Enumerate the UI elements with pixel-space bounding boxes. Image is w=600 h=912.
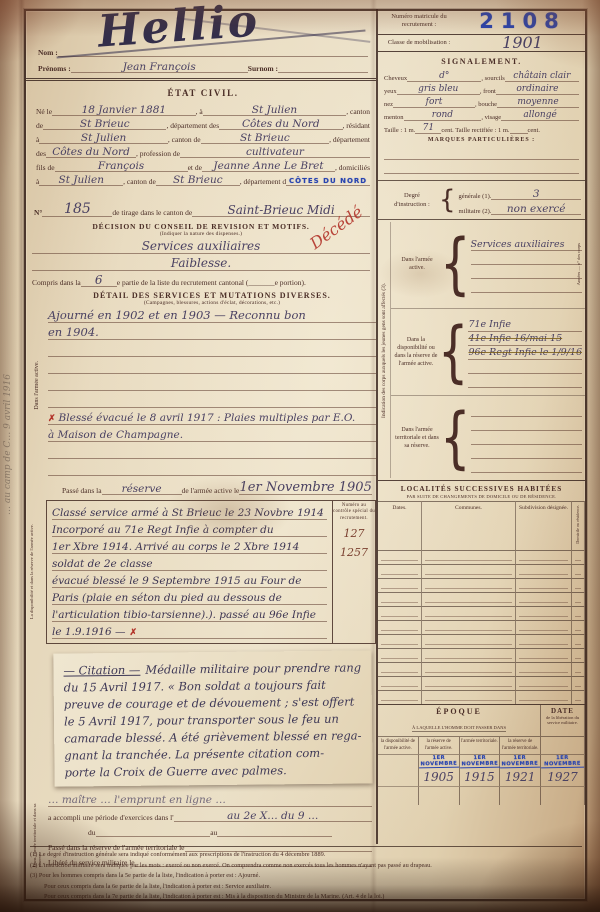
printed-label: , département des — [166, 121, 219, 130]
epoque-subtitle: À LAQUELLE L'HOMME DOIT PASSER DANS — [412, 725, 506, 732]
table-cell — [572, 634, 585, 648]
handwritten-value: Services auxiliaires — [471, 240, 565, 250]
service-entry: Incorporé au 71e Regt Infie à compter du — [52, 520, 327, 537]
table-cell — [460, 786, 501, 805]
ruled-line — [468, 360, 582, 374]
left-column: Hellio Nom : Prénoms : Jean François Sur… — [26, 9, 376, 867]
epoque-title-cell: ÉPOQUE À LAQUELLE L'HOMME DOIT PASSER DA… — [378, 705, 541, 736]
block-lines: Services auxiliaires Années — n° des cor… — [471, 235, 582, 293]
table-cell — [572, 676, 585, 690]
year-cell-empty — [378, 768, 419, 786]
block-label: Dans l'armée territoriale et dans sa rés… — [394, 426, 440, 450]
ruled-line — [471, 403, 582, 417]
footnote: Pour ceux compris dans la 7e partie de l… — [30, 892, 582, 903]
classe-label: Classe de mobilisation : — [378, 35, 460, 51]
numero-tirage-value: 185 — [42, 202, 112, 217]
year-value: 1921 — [500, 768, 541, 786]
signalement-title: SIGNALEMENT. — [384, 57, 579, 66]
ruled-line — [48, 357, 376, 374]
citation-slip: — Citation — Médaille militaire pour pre… — [53, 650, 372, 786]
margin-label-text: Dans l'armée active. — [34, 361, 40, 410]
block-lines — [471, 403, 582, 473]
blank-field — [96, 836, 211, 837]
scanned-military-record: … au camp de C… 9 avril 1916 Hellio Nom … — [0, 0, 600, 912]
table-cell — [378, 550, 422, 564]
armee-active-block: Dans l'armée active. { Services auxiliai… — [391, 220, 585, 308]
margin-label-text: La disponibilité et dans la réserve de l… — [29, 524, 34, 619]
etat-line-2: de St Brieuc , département des Côtes du … — [36, 116, 370, 130]
table-cell — [516, 550, 572, 564]
prenoms-label: Prénoms : — [38, 64, 71, 73]
detail-title: DÉTAIL DES SERVICES ET MUTATIONS DIVERSE… — [48, 291, 376, 300]
printed-label: cent. Taille rectifiée : 1 m. — [441, 127, 509, 134]
printed-label: de l'armée active le — [182, 486, 240, 495]
marques-title: MARQUES PARTICULIÈRES : — [384, 137, 579, 143]
printed-label: nez — [384, 101, 393, 108]
table-cell — [572, 662, 585, 676]
citation-text: camarade blessé. A été grièvement blessé… — [64, 730, 361, 745]
corps-side-note: Années — n° des corps — [574, 237, 583, 291]
service-entry: ✗ Blessé évacué le 8 avril 1917 : Plaies… — [48, 408, 376, 425]
classe-box: Classe de mobilisation : 1901 — [378, 35, 585, 52]
handwritten-value: rond — [404, 111, 482, 121]
handwritten-value: Paris (plaie en séton du pied au dessous… — [52, 593, 282, 604]
epoque-col-header: la réserve de l'armée active. — [419, 736, 460, 754]
footnote: (1) Le degré d'instruction générale sera… — [30, 850, 582, 861]
localites-table: Dates. Communes. Subdivision désignée. D… — [378, 501, 585, 704]
printed-label: e partie de la liste du recrutement cant… — [117, 278, 306, 287]
corps-affectation-section: Indication des corps auxquels les jeunes… — [378, 219, 585, 480]
printed-label: , département — [329, 135, 370, 144]
ruled-line — [471, 279, 582, 293]
date-liberation-header: DATE de la libération du service militai… — [541, 705, 585, 736]
year-text: 1905 — [423, 770, 454, 784]
printed-label: fils de — [36, 163, 55, 172]
localites-title: LOCALITÉS SUCCESSIVES HABITÉES — [378, 485, 585, 493]
year-value: 1905 — [419, 768, 460, 786]
etat-civil-title: ÉTAT CIVIL. — [36, 88, 370, 98]
column-header-dates: Dates. — [378, 501, 422, 550]
date-stamp: 1er Novembre — [500, 754, 541, 768]
du-au-row: du au — [48, 822, 372, 837]
table-cell — [378, 662, 422, 676]
handwritten-value: Faiblesse. — [171, 257, 231, 269]
handwritten-value: cultivateur — [180, 147, 370, 159]
stamp-text: 1er Novembre — [459, 755, 499, 769]
printed-label: de — [36, 121, 43, 130]
service-entry: Classé service armé à St Brieuc le 23 No… — [52, 503, 327, 520]
etat-line-4: des Côtes du Nord , profession de cultiv… — [36, 144, 370, 158]
degre-generale-row: générale (1). 3 — [459, 185, 581, 200]
table-cell — [500, 786, 541, 805]
ruled-line — [384, 160, 579, 174]
year-text: 1921 — [505, 770, 536, 784]
ruled-line — [471, 265, 582, 279]
stamp-cell-empty — [378, 754, 419, 768]
service-entry: évacué blessé le 9 Septembre 1915 au Fou… — [52, 571, 327, 588]
handwritten-value: gris bleu — [397, 85, 480, 95]
handwritten-value: 96e Regt Infie le 1/9/16 — [468, 348, 582, 358]
table-cell — [422, 606, 516, 620]
block-lines: 71e Infie 41e Infie 16/mai 15 96e Regt I… — [468, 317, 582, 388]
handwritten-value: à Maison de Champagne. — [48, 430, 183, 441]
serv2-margin-label: La disponibilité et dans la réserve de l… — [29, 505, 43, 639]
classe-value: 1901 — [502, 35, 543, 51]
printed-label: de tirage dans le canton de — [112, 208, 192, 217]
handwritten-value: réserve — [102, 484, 182, 496]
signalement-row: Cheveux d° , sourcils châtain clair — [384, 69, 579, 82]
table-cell — [378, 648, 422, 662]
citation-line: — Citation — Médaille militaire pour pre… — [63, 656, 363, 676]
table-cell — [419, 786, 460, 805]
localites-section: LOCALITÉS SUCCESSIVES HABITÉES PAR SUITE… — [378, 480, 585, 704]
footnote: Pour ceux compris dans la 6e partie de l… — [30, 882, 582, 893]
table-cell — [516, 662, 572, 676]
handwritten-value: Blessé évacué le 8 avril 1917 : Plaies m… — [59, 413, 356, 424]
detail-services-section: Dans l'armée active. DÉTAIL DES SERVICES… — [26, 291, 376, 476]
epoque-col-header-empty — [541, 736, 585, 754]
decision-conseil-section: DÉCISION DU CONSEIL DE REVISION ET MOTIF… — [26, 222, 376, 287]
printed-label: , canton de — [123, 177, 156, 186]
table-cell — [422, 620, 516, 634]
service-entry: … maître … l'emprunt en ligne … — [48, 791, 372, 807]
printed-label: au — [210, 828, 217, 837]
ruled-line — [48, 442, 376, 459]
handwritten-value: non exercé — [491, 204, 581, 216]
disponibilite-block: Dans la disponibilité ou dans la réserve… — [391, 308, 585, 395]
date-subtitle: de la libération du service militaire. — [542, 715, 583, 725]
curly-brace: { — [439, 185, 456, 215]
table-cell — [572, 648, 585, 662]
year-value: 1927 — [541, 768, 585, 786]
table-cell — [572, 606, 585, 620]
service-entry: 96e Regt Infie le 1/9/16 — [468, 346, 582, 360]
handwritten-value: St Julien — [39, 133, 168, 145]
handwritten-value: le 1.9.1916 — — [52, 627, 126, 638]
handwritten-value: 1er Xbre 1914. Arrivé au corps le 2 Xbre… — [52, 542, 299, 553]
table-cell — [516, 690, 572, 704]
degre-label: Degré d'instruction : — [388, 191, 436, 209]
handwritten-value: châtain clair — [505, 72, 579, 82]
name-signature: Hellio — [97, 0, 261, 55]
periode-row: a accompli une période d'exercices dans … — [48, 807, 372, 822]
nom-label: Nom : — [38, 48, 58, 57]
printed-label: yeux — [384, 88, 397, 95]
stamp-text: 1er Novembre — [541, 755, 584, 769]
controle-header: Numéro au contrôle spécial du recrutemen… — [333, 503, 375, 522]
blank-field — [217, 836, 332, 837]
corps-margin-label: Indication des corps auxquels les jeunes… — [378, 222, 391, 478]
etat-line-6: à St Julien , canton de St Brieuc , dépa… — [36, 172, 370, 186]
decision-line-2: Faiblesse. — [32, 254, 370, 271]
table-cell — [422, 578, 516, 592]
surnom-field-line — [278, 72, 368, 73]
citation-text: le 5 Avril 1917, pour transporter sous l… — [64, 713, 339, 727]
printed-label: Passé dans la — [62, 486, 102, 495]
printed-label: a accompli une période d'exercices dans … — [48, 813, 174, 822]
footnote: (3) Pour les hommes compris dans la 5e p… — [30, 871, 582, 882]
block-label: Dans l'armée active. — [394, 256, 440, 272]
table-cell — [572, 550, 585, 564]
signalement-section: SIGNALEMENT. Cheveux d° , sourcils châta… — [378, 52, 585, 174]
margin-pencil-note: … au camp de C… 9 avril 1916 — [3, 280, 13, 610]
serv2-entries: Classé service armé à St Brieuc le 23 No… — [47, 501, 332, 643]
handwritten-value: 71e Infie — [468, 320, 511, 330]
service-entry: 1er Xbre 1914. Arrivé au corps le 2 Xbre… — [52, 537, 327, 554]
handwritten-value: fort — [393, 98, 475, 108]
printed-label: menton — [384, 114, 404, 121]
printed-label: , canton de — [168, 135, 201, 144]
table-cell — [572, 620, 585, 634]
table-cell — [572, 564, 585, 578]
handwritten-value: Incorporé au 71e Regt Infie à compter du — [52, 525, 274, 536]
date-stamp: 1er Novembre — [460, 754, 501, 768]
epoque-col-header: la disponibilité de l'armée active. — [378, 736, 419, 754]
table-cell — [516, 578, 572, 592]
table-cell — [541, 786, 585, 805]
handwritten-value: 41e Infie 16/mai 15 — [468, 334, 562, 344]
epoque-title: ÉPOQUE — [380, 707, 538, 716]
date-stamp: 1er Novembre — [541, 754, 585, 768]
printed-label: , visage — [481, 114, 501, 121]
compris-row: Compris dans la 6 e partie de la liste d… — [32, 271, 370, 287]
handwritten-value: 71 — [415, 124, 441, 134]
citation-text: porte la Croix de Guerre avec palmes. — [65, 765, 287, 779]
handwritten-value: Classé service armé à St Brieuc le 23 No… — [52, 508, 324, 519]
ruled-line — [48, 391, 376, 408]
side-note-text: Années — n° des corps — [576, 243, 581, 285]
epoque-col-header: la réserve de l'armée territoriale. — [500, 736, 541, 754]
printed-label: et de — [188, 163, 202, 172]
printed-label: , bouche — [475, 101, 497, 108]
table-cell — [378, 634, 422, 648]
degre-militaire-row: militaire (2). non exercé — [459, 200, 581, 215]
printed-label: , sourcils — [481, 75, 504, 82]
block-label: Dans la disponibilité ou dans la réserve… — [394, 336, 438, 368]
ruled-line — [471, 251, 582, 265]
table-cell — [516, 620, 572, 634]
citation-text: Médaille militaire pour prendre rang — [145, 662, 361, 676]
printed-label: cent. — [528, 127, 540, 134]
printed-label: Cheveux — [384, 75, 407, 82]
etat-civil-section: ÉTAT CIVIL. Né le 18 Janvier 1881 , à St… — [26, 88, 376, 186]
ruled-line — [48, 374, 376, 391]
table-cell — [516, 648, 572, 662]
printed-label: , canton — [346, 107, 370, 116]
service-entry: soldat de 2e classe — [52, 554, 327, 571]
ruled-line — [48, 340, 376, 357]
handwritten-value: évacué blessé le 9 Septembre 1915 au Fou… — [52, 576, 301, 587]
table-cell — [516, 634, 572, 648]
handwritten-value: allongé — [501, 111, 579, 121]
services-1914-block: La disponibilité et dans la réserve de l… — [46, 500, 376, 644]
printed-label: Né le — [36, 107, 52, 116]
printed-label: , résidant — [343, 121, 371, 130]
table-cell — [422, 550, 516, 564]
detail-margin-label: Dans l'armée active. — [30, 299, 44, 472]
signalement-row: menton rond , visage allongé — [384, 108, 579, 121]
surnom-label: Surnom : — [248, 64, 278, 73]
controle-number: 127 — [333, 528, 375, 539]
printed-label: , profession de — [136, 149, 180, 158]
printed-label: générale (1). — [459, 193, 492, 200]
table-cell — [516, 592, 572, 606]
controle-special-column: Numéro au contrôle spécial du recrutemen… — [332, 501, 375, 643]
table-cell — [572, 578, 585, 592]
service-entry: Services auxiliaires — [471, 235, 582, 251]
margin-label-text: Indication des corps auxquels les jeunes… — [381, 283, 387, 418]
pencil-note-text: … au camp de C… 9 avril 1916 — [3, 374, 13, 515]
handwritten-value: 3 — [491, 189, 581, 201]
curly-brace: { — [438, 313, 469, 391]
table-cell — [378, 578, 422, 592]
service-entry: le 1.9.1916 — ✗ — [52, 622, 327, 639]
epoque-section: ÉPOQUE À LAQUELLE L'HOMME DOIT PASSER DA… — [378, 704, 585, 844]
prenoms-row: Prénoms : Jean François Surnom : — [38, 59, 368, 73]
date-title: DATE — [542, 707, 583, 715]
column-header-subdivision: Subdivision désignée. — [516, 501, 572, 550]
stamp-text: 1er Novembre — [419, 755, 459, 769]
table-cell — [422, 676, 516, 690]
printed-label: , domiciliés — [335, 163, 370, 172]
blank-field — [510, 133, 528, 134]
ruled-line — [48, 459, 376, 476]
column-header-side: Domicile ou résidence. — [572, 501, 585, 550]
signalement-row: yeux gris bleu , front ordinaire — [384, 82, 579, 95]
matricule-box: Numéro matricule du recrutement : 2108 — [378, 9, 585, 35]
printed-label: Compris dans la — [32, 278, 81, 287]
table-cell — [378, 564, 422, 578]
year-text: 1915 — [464, 770, 495, 784]
year-value: 1915 — [460, 768, 501, 786]
table-cell — [422, 690, 516, 704]
handwritten-value: au 2e X… du 9 … — [174, 811, 372, 823]
ruled-line — [384, 146, 579, 160]
handwritten-value: moyenne — [497, 98, 579, 108]
handwritten-value: 18 Janvier 1881 — [52, 105, 196, 117]
service-entry: Ajourné en 1902 et en 1903 — Reconnu bon — [48, 306, 376, 323]
footnote: (2) L'instruction militaire sera indiqué… — [30, 861, 582, 872]
etat-line-3: à St Julien , canton de St Brieuc , dépa… — [36, 130, 370, 144]
ruled-line — [471, 445, 582, 459]
table-cell — [572, 592, 585, 606]
handwritten-value: l'articulation tibio-tarsienne).). passé… — [52, 610, 316, 621]
footnotes: (1) Le degré d'instruction générale sera… — [30, 846, 582, 903]
departement-stamp: CÔTES DU NORD — [286, 177, 370, 186]
epoque-col-header: l'armée territoriale. — [460, 736, 501, 754]
handwritten-value: en 1904. — [48, 327, 99, 339]
red-cross-mark: ✗ — [48, 413, 56, 424]
ruled-line — [471, 431, 582, 445]
handwritten-value: Jeanne Anne Le Bret — [202, 161, 335, 173]
epoque-table: ÉPOQUE À LAQUELLE L'HOMME DOIT PASSER DA… — [378, 705, 585, 805]
citation-text: du 15 Avril 1917. « Bon soldat a toujour… — [64, 679, 326, 693]
handwritten-value: Côtes du Nord — [46, 147, 136, 159]
handwritten-value: St Julien — [203, 105, 347, 117]
degre-lines: générale (1). 3 militaire (2). non exerc… — [459, 185, 581, 215]
service-entry: 41e Infie 16/mai 15 — [468, 332, 582, 346]
table-cell — [378, 676, 422, 690]
table-cell — [422, 662, 516, 676]
table-cell — [422, 592, 516, 606]
service-entry: l'articulation tibio-tarsienne).). passé… — [52, 605, 327, 622]
printed-label: des — [36, 149, 46, 158]
handwritten-value: François — [55, 161, 188, 173]
curly-brace: { — [440, 225, 471, 303]
handwritten-value: St Brieuc — [201, 133, 330, 145]
right-column: Numéro matricule du recrutement : 2108 C… — [376, 9, 585, 844]
signalement-row: nez fort , bouche moyenne — [384, 95, 579, 108]
printed-label: , département d — [240, 177, 286, 186]
table-cell — [516, 606, 572, 620]
handwritten-value: ordinaire — [496, 85, 579, 95]
printed-label: , front — [480, 88, 496, 95]
table-cell — [422, 564, 516, 578]
service-entry: à Maison de Champagne. — [48, 425, 376, 442]
printed-label: militaire (2). — [459, 208, 492, 215]
handwritten-value: Ajourné en 1902 et en 1903 — Reconnu bon — [48, 310, 306, 322]
localites-subtitle: PAR SUITE DE CHANGEMENTS DE DOMICILE OU … — [378, 494, 585, 499]
service-entry: Paris (plaie en séton du pied au dessous… — [52, 588, 327, 605]
matricule-label: Numéro matricule du recrutement : — [378, 9, 460, 34]
table-cell — [378, 690, 422, 704]
printed-label: du — [88, 828, 96, 837]
ruled-line — [471, 459, 582, 473]
handwritten-value: St Julien — [39, 175, 123, 187]
printed-label: , à — [196, 107, 203, 116]
handwritten-value: … maître … l'emprunt en ligne … — [48, 795, 226, 806]
handwritten-value: Services auxiliaires — [142, 240, 261, 252]
etat-line-5: fils de François et de Jeanne Anne Le Br… — [36, 158, 370, 172]
ruled-line — [468, 374, 582, 388]
identity-header: Hellio Nom : Prénoms : Jean François Sur… — [26, 9, 376, 81]
degre-instruction-block: Degré d'instruction : { générale (1). 3 … — [378, 180, 585, 219]
table-cell — [378, 620, 422, 634]
service-entry: en 1904. — [48, 323, 376, 340]
handwritten-value: d° — [407, 72, 481, 82]
handwritten-value: St Brieuc — [43, 119, 166, 131]
prenoms-value: Jean François — [71, 62, 248, 74]
table-cell — [378, 606, 422, 620]
handwritten-date: 1er Novembre 1905 — [239, 481, 372, 495]
citation-text: gnant la tranchée. La présente citation … — [64, 747, 324, 761]
table-cell — [378, 592, 422, 606]
territoriale-block: Dans l'armée territoriale et dans sa rés… — [391, 395, 585, 480]
citation-text: preuve de courage et de dévouement ; s'e… — [64, 696, 355, 711]
table-cell — [422, 648, 516, 662]
date-stamp: 1er Novembre — [419, 754, 460, 768]
numero-label: N° — [34, 208, 42, 217]
curly-brace: { — [440, 399, 471, 477]
handwritten-value: soldat de 2e classe — [52, 559, 153, 570]
table-cell — [516, 564, 572, 578]
ruled-line — [471, 417, 582, 431]
tirage-row: N° 185 de tirage dans le canton de Saint… — [26, 195, 376, 217]
passe-reserve-row: Passé dans la réserve de l'armée active … — [26, 476, 376, 495]
matricule-number-stamp: 2108 — [479, 9, 565, 33]
stamp-text: 1er Novembre — [500, 755, 540, 769]
table-cell — [516, 676, 572, 690]
year-text: 1927 — [547, 770, 578, 784]
printed-label: Taille : 1 m. — [384, 127, 415, 134]
taille-row: Taille : 1 m. 71 cent. Taille rectifiée … — [384, 121, 579, 134]
table-cell — [572, 690, 585, 704]
service-entry: 71e Infie — [468, 317, 582, 332]
table-cell — [422, 634, 516, 648]
red-cross-mark: ✗ — [130, 627, 138, 638]
controle-number: 1257 — [333, 547, 375, 558]
side-header-text: Domicile ou résidence. — [575, 505, 580, 544]
